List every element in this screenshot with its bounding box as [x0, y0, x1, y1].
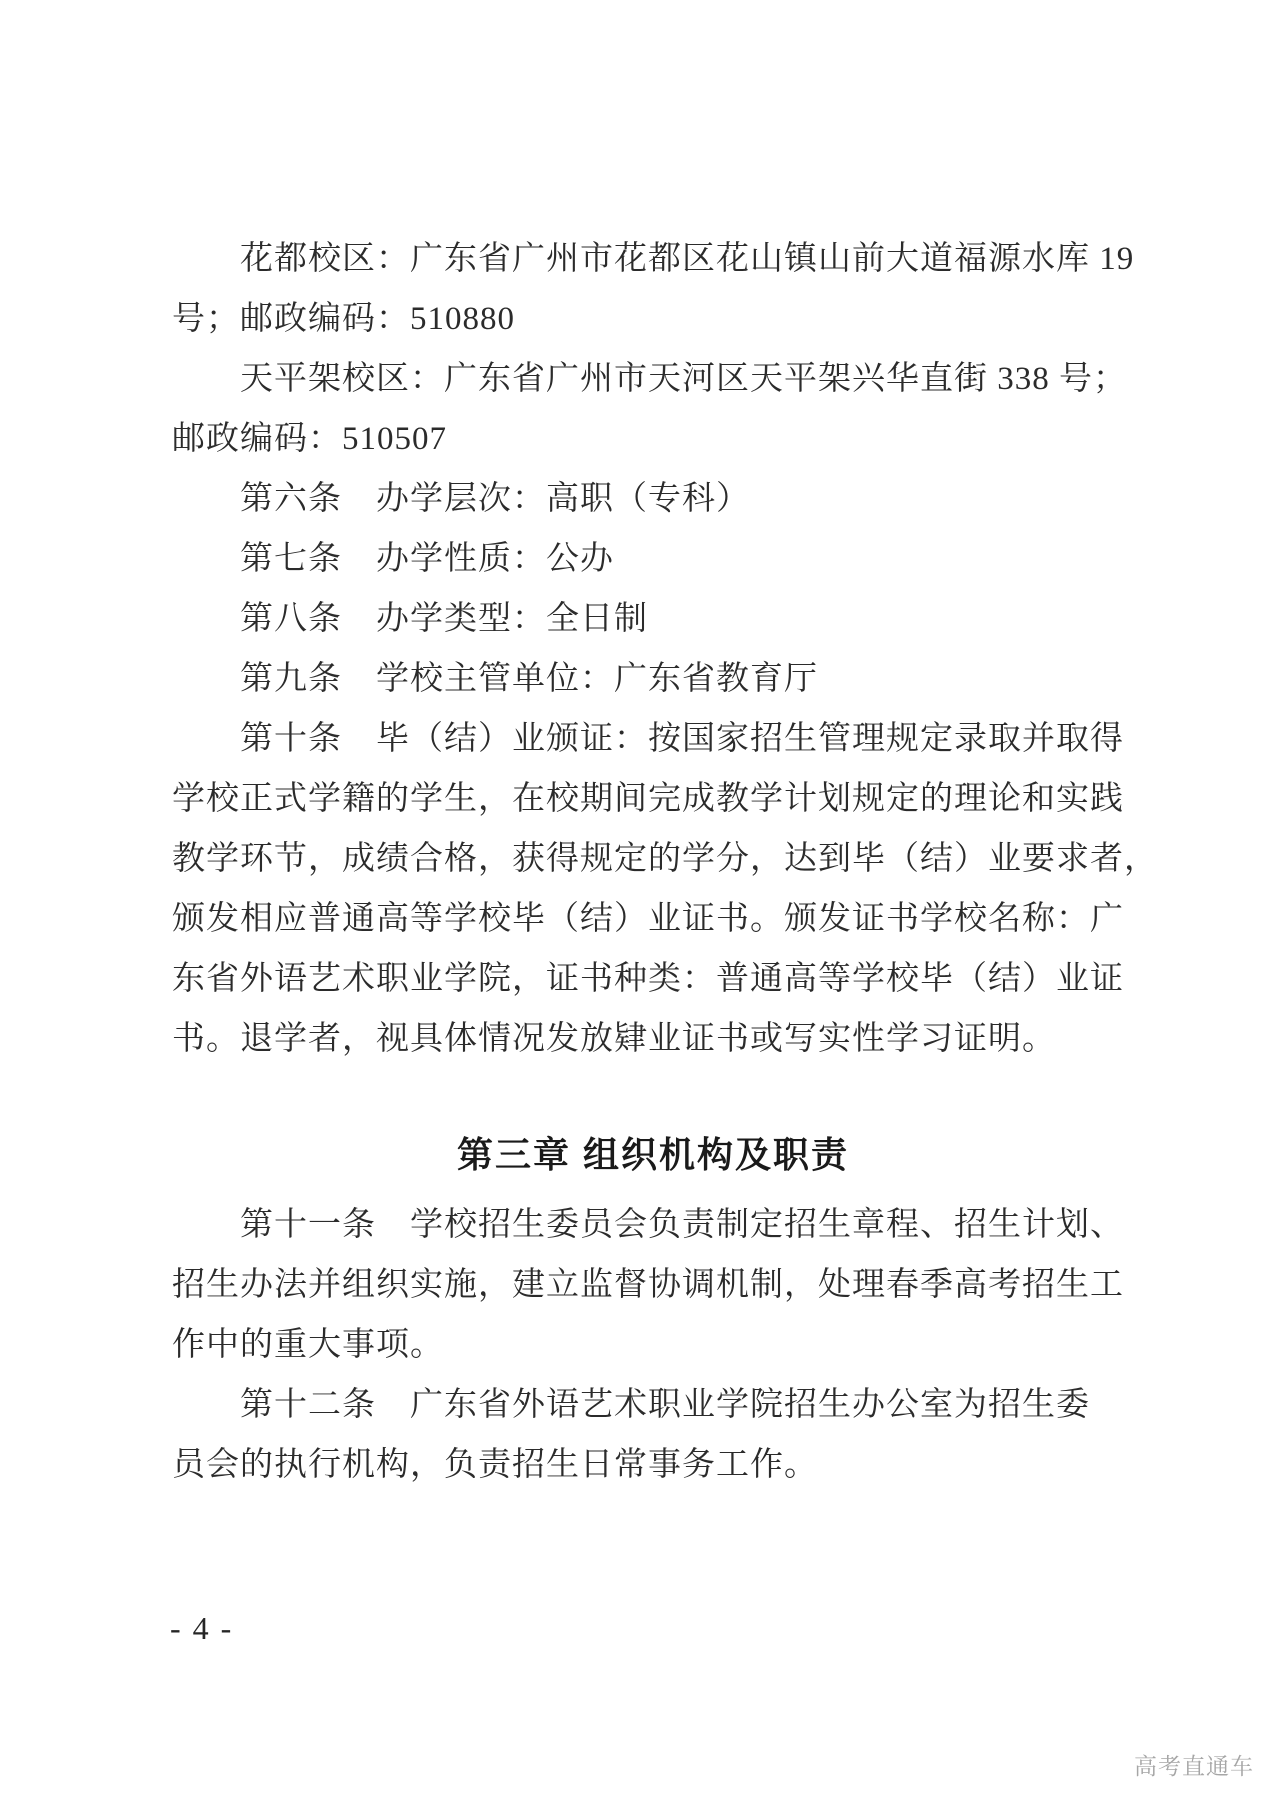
doc-line: 花都校区：广东省广州市花都区花山镇山前大道福源水库 19 — [172, 229, 1134, 289]
doc-line: 东省外语艺术职业学院，证书种类：普通高等学校毕（结）业证 — [172, 949, 1134, 1009]
doc-line: 员会的执行机构，负责招生日常事务工作。 — [172, 1435, 1134, 1495]
doc-line-article-8: 第八条 办学类型：全日制 — [172, 589, 1134, 649]
doc-line-article-11: 第十一条 学校招生委员会负责制定招生章程、招生计划、 — [172, 1195, 1134, 1255]
doc-line-article-12: 第十二条 广东省外语艺术职业学院招生办公室为招生委 — [172, 1375, 1134, 1435]
doc-line-article-9: 第九条 学校主管单位：广东省教育厅 — [172, 649, 1134, 709]
doc-line: 颁发相应普通高等学校毕（结）业证书。颁发证书学校名称：广 — [172, 889, 1134, 949]
doc-line-article-10: 第十条 毕（结）业颁证：按国家招生管理规定录取并取得 — [172, 709, 1134, 769]
document-body: 花都校区：广东省广州市花都区花山镇山前大道福源水库 19 号；邮政编码：5108… — [172, 229, 1134, 1495]
doc-line-article-6: 第六条 办学层次：高职（专科） — [172, 469, 1134, 529]
doc-line: 邮政编码：510507 — [172, 409, 1134, 469]
doc-line-article-7: 第七条 办学性质：公办 — [172, 529, 1134, 589]
doc-line: 作中的重大事项。 — [172, 1315, 1134, 1375]
page-number: - 4 - — [170, 1608, 233, 1648]
watermark-label: 高考直通车 — [1134, 1752, 1254, 1780]
doc-line: 招生办法并组织实施，建立监督协调机制，处理春季高考招生工 — [172, 1255, 1134, 1315]
document-page: 花都校区：广东省广州市花都区花山镇山前大道福源水库 19 号；邮政编码：5108… — [0, 0, 1280, 1810]
doc-line: 书。退学者，视具体情况发放肄业证书或写实性学习证明。 — [172, 1009, 1134, 1069]
doc-line: 教学环节，成绩合格，获得规定的学分，达到毕（结）业要求者， — [172, 829, 1134, 889]
doc-line: 号；邮政编码：510880 — [172, 289, 1134, 349]
doc-line: 天平架校区：广东省广州市天河区天平架兴华直街 338 号； — [172, 349, 1134, 409]
doc-line: 学校正式学籍的学生，在校期间完成教学计划规定的理论和实践 — [172, 769, 1134, 829]
chapter-heading: 第三章 组织机构及职责 — [172, 1125, 1134, 1185]
